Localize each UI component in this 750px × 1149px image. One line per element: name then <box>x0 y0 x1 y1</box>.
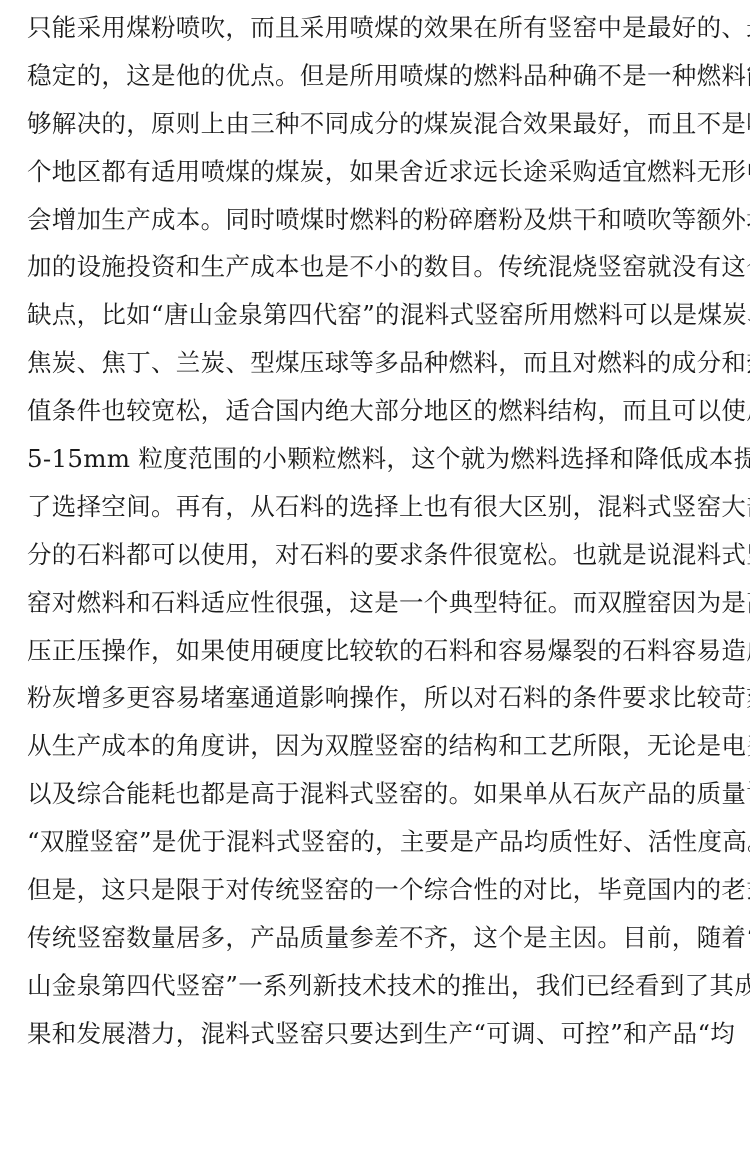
text-line: 但是，这只是限于对传统竖窑的一个综合性的对比，毕竟国内的老式 <box>27 868 727 916</box>
text-line: 5-15mm 粒度范围的小颗粒燃料，这个就为燃料选择和降低成本提供 <box>27 437 727 485</box>
text-line: 窑对燃料和石料适应性很强，这是一个典型特征。而双膛窑因为是高 <box>27 581 727 629</box>
text-line: 会增加生产成本。同时喷煤时燃料的粉碎磨粉及烘干和喷吹等额外增 <box>27 198 727 246</box>
text-line: 个地区都有适用喷煤的煤炭，如果舍近求远长途采购适宜燃料无形中 <box>27 150 727 198</box>
text-line: 以及综合能耗也都是高于混料式竖窑的。如果单从石灰产品的质量讲 <box>27 772 727 820</box>
text-line: 了选择空间。再有，从石料的选择上也有很大区别，混料式竖窑大部 <box>27 485 727 533</box>
text-line: 粉灰增多更容易堵塞通道影响操作，所以对石料的条件要求比较苛刻。 <box>27 676 727 724</box>
text-line: 只能采用煤粉喷吹，而且采用喷煤的效果在所有竖窑中是最好的、最 <box>27 6 727 54</box>
text-line: 缺点，比如“唐山金泉第四代窑”的混料式竖窑所用燃料可以是煤炭、 <box>27 293 727 341</box>
text-line: 够解决的，原则上由三种不同成分的煤炭混合效果最好，而且不是哪 <box>27 102 727 150</box>
text-line: 从生产成本的角度讲，因为双膛竖窑的结构和工艺所限，无论是电费 <box>27 724 727 772</box>
text-line: 果和发展潜力，混料式竖窑只要达到生产“可调、可控”和产品“均 <box>27 1012 727 1060</box>
text-line: 值条件也较宽松，适合国内绝大部分地区的燃料结构，而且可以使用 <box>27 389 727 437</box>
text-line: “双膛竖窑”是优于混料式竖窑的，主要是产品均质性好、活性度高。 <box>27 820 727 868</box>
text-line: 焦炭、焦丁、兰炭、型煤压球等多品种燃料，而且对燃料的成分和热 <box>27 341 727 389</box>
text-line: 传统竖窑数量居多，产品质量参差不齐，这个是主因。目前，随着“唐 <box>27 916 727 964</box>
text-line: 山金泉第四代竖窑”一系列新技术技术的推出，我们已经看到了其成 <box>27 964 727 1012</box>
document-body: 只能采用煤粉喷吹，而且采用喷煤的效果在所有竖窑中是最好的、最 稳定的，这是他的优… <box>27 6 727 1060</box>
text-line: 稳定的，这是他的优点。但是所用喷煤的燃料品种确不是一种燃料能 <box>27 54 727 102</box>
text-line: 加的设施投资和生产成本也是不小的数目。传统混烧竖窑就没有这个 <box>27 245 727 293</box>
text-line: 分的石料都可以使用，对石料的要求条件很宽松。也就是说混料式竖 <box>27 533 727 581</box>
text-line: 压正压操作，如果使用硬度比较软的石料和容易爆裂的石料容易造成 <box>27 629 727 677</box>
